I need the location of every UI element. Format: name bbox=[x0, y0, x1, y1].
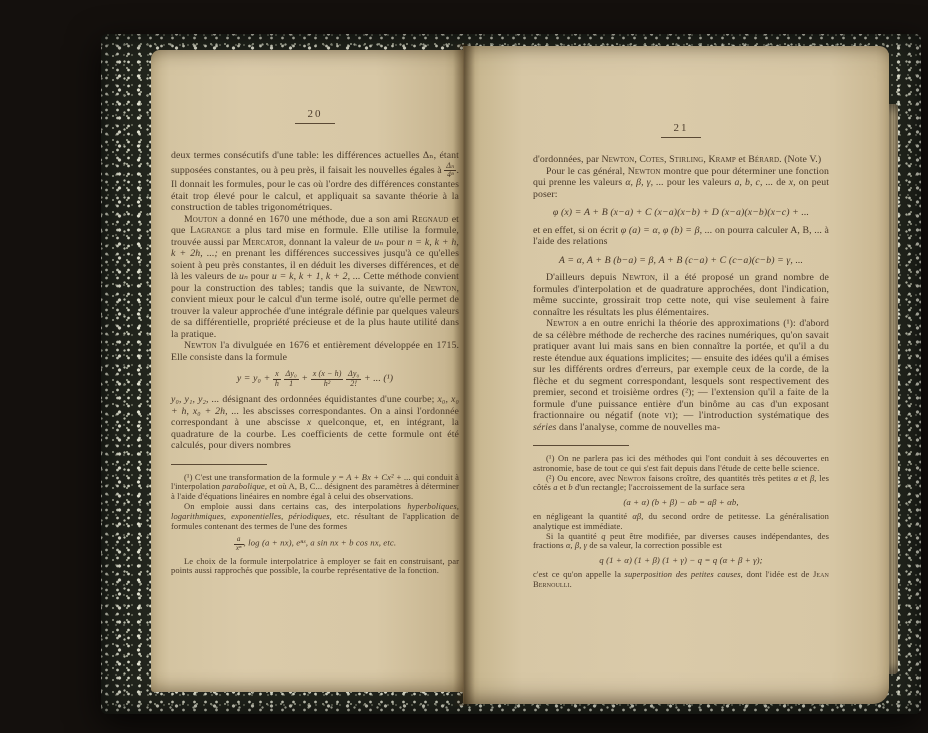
footnote-astronomie: (¹) On ne parlera pas ici des méthodes q… bbox=[533, 454, 829, 474]
paragraph-dailleurs: D'ailleurs depuis Newton, il a été propo… bbox=[533, 272, 829, 318]
paragraph-newton-1676: Newton l'a divulguée en 1676 et entièrem… bbox=[171, 340, 459, 363]
formula-newton-interpolation: y = y₀ + xh Δy₀1 + x (x − h)h² Δy₀2! + .… bbox=[171, 370, 459, 388]
footnote-3: Le choix de la formule interpolatrice à … bbox=[171, 557, 459, 577]
paragraph-en-effet: et en effet, si on écrit φ (a) = α, φ (b… bbox=[533, 225, 829, 248]
page-number-left-rule bbox=[295, 123, 335, 124]
footnote-quantite-q: Si la quantité q peut être modifiée, par… bbox=[533, 532, 829, 552]
paragraph-cas-general: Pour le cas général, Newton montre que p… bbox=[533, 166, 829, 201]
footnote-rectangle: (²) Ou encore, avec Newton faisons croît… bbox=[533, 474, 829, 494]
page-number-right-rule bbox=[661, 137, 701, 138]
page-number-right-value: 21 bbox=[674, 122, 689, 134]
footnotes-right: (¹) On ne parlera pas ici des méthodes q… bbox=[533, 454, 829, 590]
paragraph-ordonnees-suite: d'ordonnées, par Newton, Cotes, Stirling… bbox=[533, 154, 829, 166]
page-left-body: deux termes consécutifs d'une table: les… bbox=[171, 150, 459, 576]
footnote-negligeant: en négligeant la quantité αβ, du second … bbox=[533, 512, 829, 532]
footnote-2: On emploie aussi dans certains cas, des … bbox=[171, 502, 459, 531]
footnote-1: (¹) C'est une transformation de la formu… bbox=[171, 473, 459, 502]
page-right-body: d'ordonnées, par Newton, Cotes, Stirling… bbox=[533, 154, 829, 590]
footnote-rule-left bbox=[171, 464, 267, 465]
footnote-rule-right bbox=[533, 445, 629, 446]
book-cover: 20 deux termes consécutifs d'une table: … bbox=[101, 34, 921, 714]
page-right-column: 21 d'ordonnées, par Newton, Cotes, Stirl… bbox=[533, 122, 829, 590]
footnote-formula-surface: (a + α) (b + β) − ab = aβ + αb, bbox=[533, 498, 829, 508]
photo-background: 20 deux termes consécutifs d'une table: … bbox=[0, 0, 928, 733]
footnote-formula-correction: q (1 + α) (1 + β) (1 + γ) − q = q (α + β… bbox=[533, 556, 829, 566]
formula-relations: A = α, A + B (b−a) = β, A + B (c−a) + C … bbox=[533, 255, 829, 267]
footnote-formula-forms: axⁿ, log (a + nx), eⁿˣ, a sin nx + b cos… bbox=[171, 536, 459, 552]
paragraph-mouton: Mouton a donné en 1670 une méthode, due … bbox=[171, 214, 459, 341]
paragraph-newton-approximations: Newton a en outre enrichi la théorie des… bbox=[533, 318, 829, 433]
footnote-superposition: c'est ce qu'on appelle la superposition … bbox=[533, 570, 829, 590]
page-number-left-value: 20 bbox=[308, 108, 323, 120]
page-edges-stack-right bbox=[889, 104, 898, 674]
page-number-right: 21 bbox=[533, 122, 829, 138]
paragraph-ordonnees: y₀, y₁, y₂, ... désignant des ordonnées … bbox=[171, 394, 459, 452]
page-left: 20 deux termes consécutifs d'une table: … bbox=[151, 50, 463, 692]
paragraph-differences: deux termes consécutifs d'une table: les… bbox=[171, 150, 459, 214]
footnotes-left: (¹) C'est une transformation de la formu… bbox=[171, 473, 459, 577]
page-number-left: 20 bbox=[171, 108, 459, 124]
formula-phi: φ (x) = A + B (x−a) + C (x−a)(x−b) + D (… bbox=[533, 207, 829, 219]
page-right: 21 d'ordonnées, par Newton, Cotes, Stirl… bbox=[463, 46, 889, 704]
page-left-column: 20 deux termes consécutifs d'une table: … bbox=[171, 108, 459, 576]
